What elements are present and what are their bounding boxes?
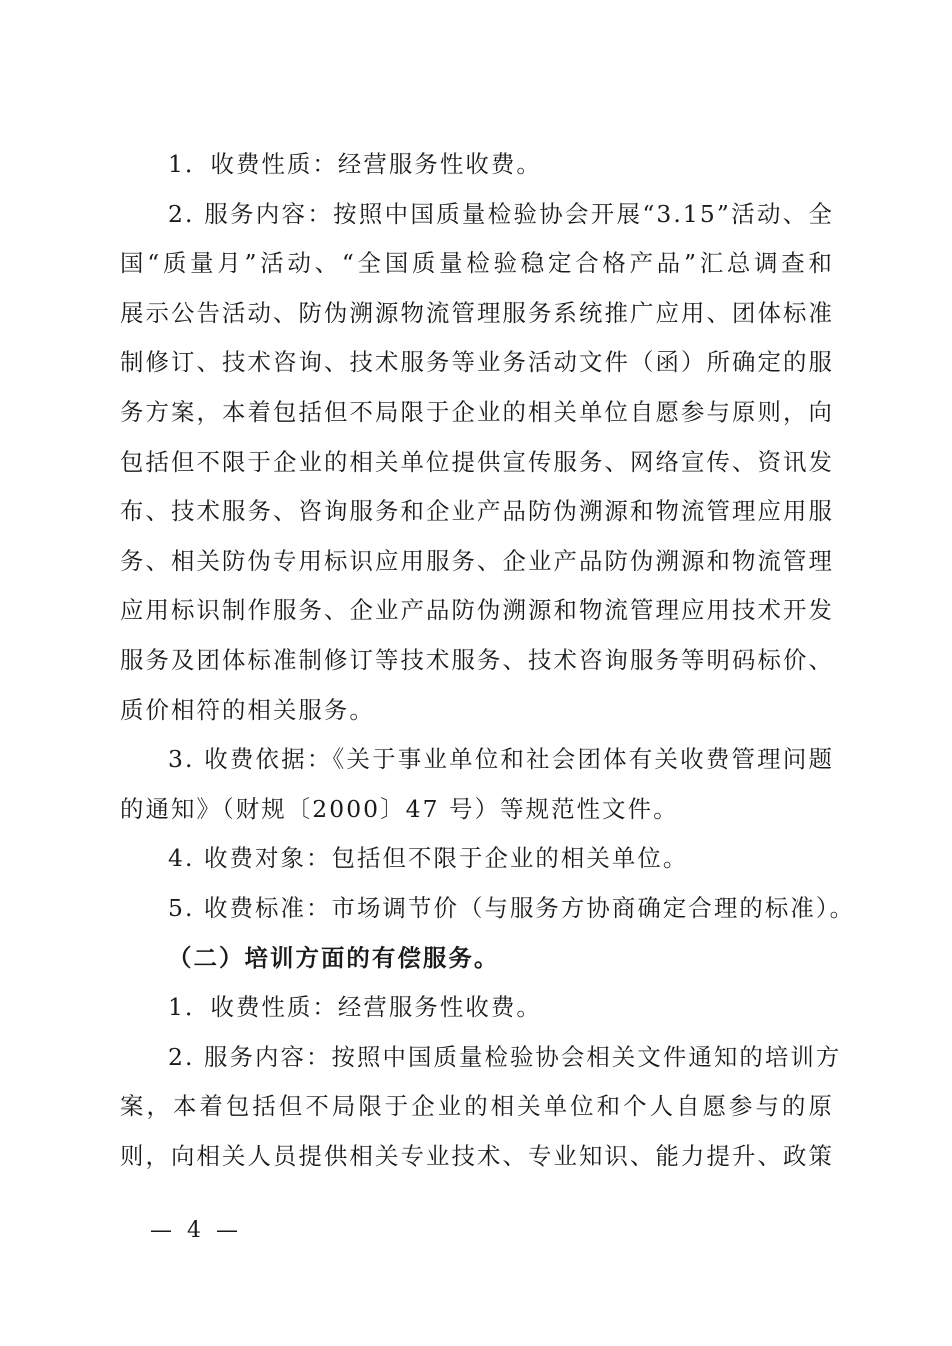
text-line: 展示公告活动、防伪溯源物流管理服务系统推广应用、团体标准 [120, 289, 834, 339]
text-line: 1．收费性质：经营服务性收费。 [120, 140, 834, 190]
text-line: 2. 服务内容：按照中国质量检验协会相关文件通知的培训方 [120, 1033, 834, 1083]
text-line: 4. 收费对象：包括但不限于企业的相关单位。 [120, 834, 834, 884]
text-line: 2. 服务内容：按照中国质量检验协会开展“3.15”活动、全 [120, 190, 834, 240]
text-line: 务方案，本着包括但不局限于企业的相关单位自愿参与原则，向 [120, 388, 834, 438]
text-line: 案，本着包括但不局限于企业的相关单位和个人自愿参与的原 [120, 1082, 834, 1132]
section-heading: （二）培训方面的有偿服务。 [120, 934, 834, 984]
text-line: 3. 收费依据：《关于事业单位和社会团体有关收费管理问题 [120, 735, 834, 785]
text-line: 国“质量月”活动、“全国质量检验稳定合格产品”汇总调查和 [120, 239, 834, 289]
text-line: 5. 收费标准：市场调节价（与服务方协商确定合理的标准）。 [120, 884, 834, 934]
text-line: 制修订、技术咨询、技术服务等业务活动文件（函）所确定的服 [120, 338, 834, 388]
text-line: 包括但不限于企业的相关单位提供宣传服务、网络宣传、资讯发 [120, 438, 834, 488]
text-line: 布、技术服务、咨询服务和企业产品防伪溯源和物流管理应用服 [120, 487, 834, 537]
text-line: 的通知》（财规〔2000〕47 号）等规范性文件。 [120, 785, 834, 835]
page-number: — 4 — [150, 1218, 242, 1243]
text-line: 质价相符的相关服务。 [120, 686, 834, 736]
text-line: 服务及团体标准制修订等技术服务、技术咨询服务等明码标价、 [120, 636, 834, 686]
text-line: 1．收费性质：经营服务性收费。 [120, 983, 834, 1033]
document-body: 1．收费性质：经营服务性收费。 2. 服务内容：按照中国质量检验协会开展“3.1… [120, 140, 834, 1181]
text-line: 则，向相关人员提供相关专业技术、专业知识、能力提升、政策 [120, 1132, 834, 1182]
text-line: 务、相关防伪专用标识应用服务、企业产品防伪溯源和物流管理 [120, 537, 834, 587]
text-line: 应用标识制作服务、企业产品防伪溯源和物流管理应用技术开发 [120, 586, 834, 636]
